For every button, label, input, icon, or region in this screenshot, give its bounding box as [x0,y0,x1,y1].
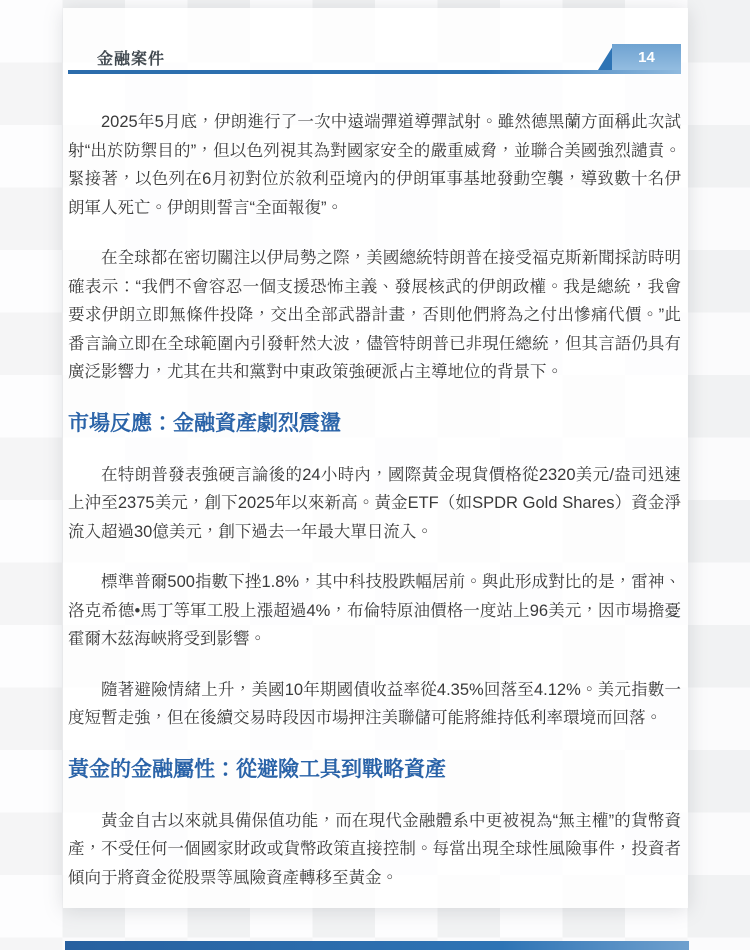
page-background: 金融案件 14 2025年5月底，伊朗進行了一次中遠端彈道導彈試射。雖然德黑蘭方… [0,0,750,950]
page-number-badge: 14 [612,44,681,70]
document-title: 金融案件 [97,46,165,69]
paragraph-treasury-yield-dollar: 隨著避險情緒上升，美國10年期國債收益率從4.35%回落至4.12%。美元指數一… [68,676,681,733]
footer-rule [65,941,689,950]
content-card: 金融案件 14 2025年5月底，伊朗進行了一次中遠端彈道導彈試射。雖然德黑蘭方… [63,8,688,908]
header-rule [68,70,681,74]
paragraph-trump-statement: 在全球都在密切關注以伊局勢之際，美國總統特朗普在接受福克斯新聞採訪時明確表示：“… [68,244,681,387]
section-heading-gold-attributes: 黃金的金融屬性：從避險工具到戰略資產 [68,755,681,785]
page-number: 14 [638,49,655,66]
paragraph-sp500-defense-oil: 標準普爾500指數下挫1.8%，其中科技股跌幅居前。與此形成對比的是，雷神、洛克… [68,568,681,654]
section-heading-market-reaction: 市場反應：金融資產劇烈震盪 [68,409,681,439]
paragraph-iran-missile-test: 2025年5月底，伊朗進行了一次中遠端彈道導彈試射。雖然德黑蘭方面稱此次試射“出… [68,108,681,222]
paragraph-gold-price-surge: 在特朗普發表強硬言論後的24小時內，國際黃金現貨價格從2320美元/盎司迅速上沖… [68,461,681,547]
paragraph-gold-store-of-value: 黃金自古以來就具備保值功能，而在現代金融體系中更被視為“無主權”的貨幣資產，不受… [68,807,681,893]
document-body: 2025年5月底，伊朗進行了一次中遠端彈道導彈試射。雖然德黑蘭方面稱此次試射“出… [63,80,688,892]
document-header: 金融案件 14 [63,8,688,80]
